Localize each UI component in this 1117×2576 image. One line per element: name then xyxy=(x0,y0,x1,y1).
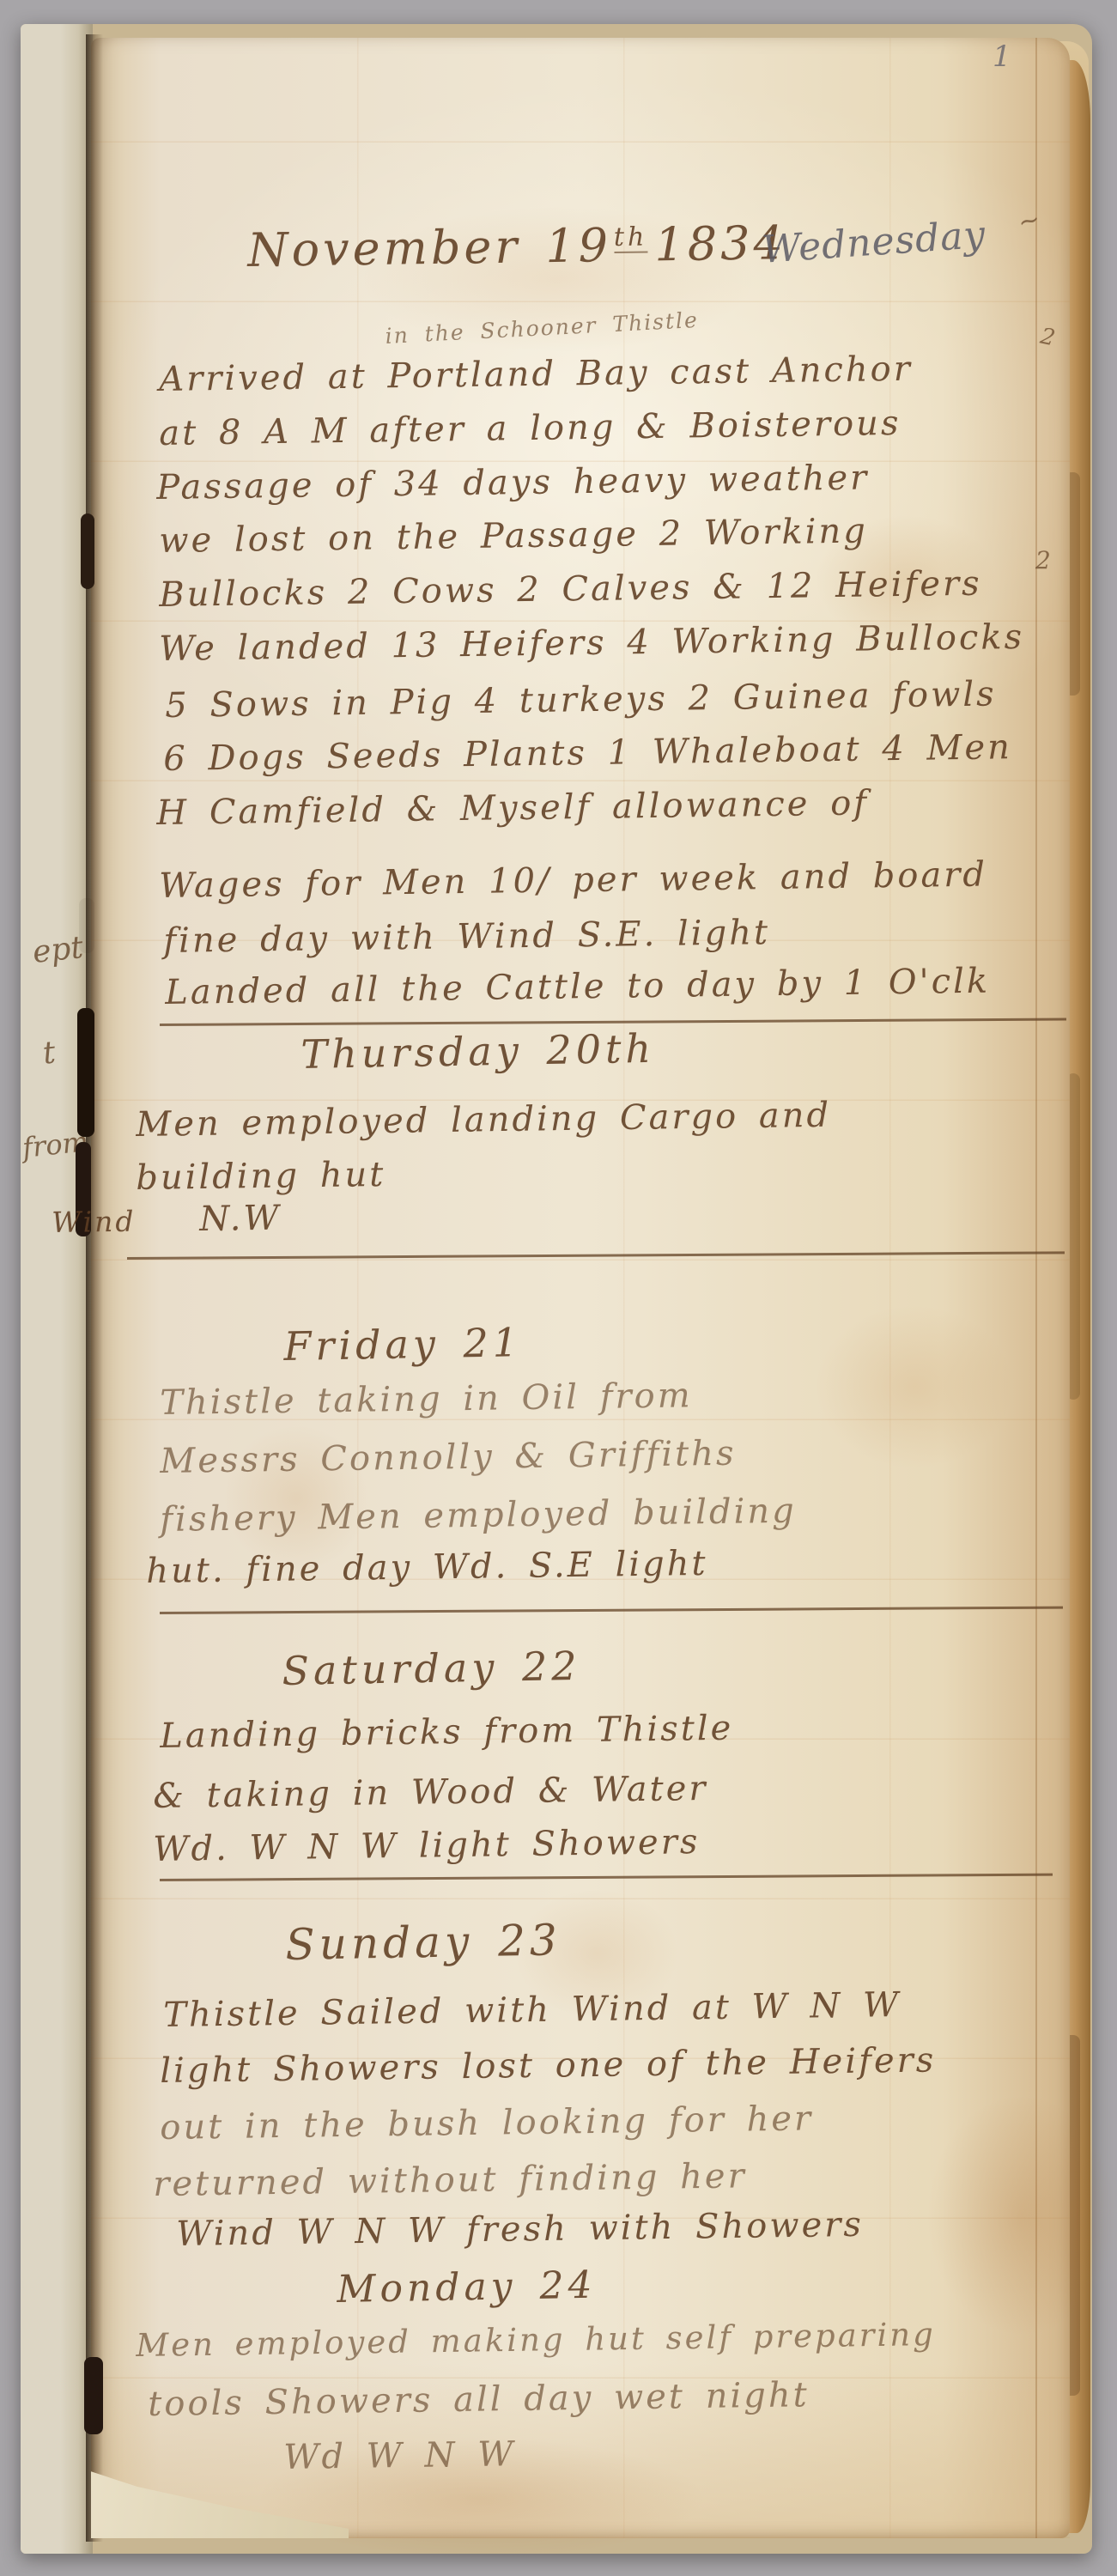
journal-line: returned without finding her xyxy=(153,2157,747,2203)
journal-line: We landed 13 Heifers 4 Working Bullocks xyxy=(159,618,1024,668)
journal-line: at 8 A M after a long & Boisterous xyxy=(159,404,901,453)
journal-line: & taking in Wood & Water xyxy=(153,1770,708,1815)
journal-line: Wind W N W fresh with Showers xyxy=(176,2206,864,2253)
journal-line: 6 Dogs Seeds Plants 1 Whaleboat 4 Men xyxy=(163,728,1012,778)
journal-line: Landed all the Cattle to day by 1 O'clk xyxy=(165,963,990,1012)
edge-ink-mark: 2 xyxy=(1038,324,1057,352)
journal-line: tools Showers all day wet night xyxy=(148,2376,810,2423)
entry-day-heading: Saturday 22 xyxy=(282,1644,581,1693)
journal-line: 5 Sows in Pig 4 turkeys 2 Guinea fowls xyxy=(165,675,997,725)
journal-line: Thistle taking in Oil from xyxy=(160,1376,693,1422)
journal-line: Messrs Connolly & Griffiths xyxy=(160,1435,737,1480)
journal-line: light Showers lost one of the Heifers xyxy=(160,2041,937,2090)
journal-line: Wd. W N W light Showers xyxy=(153,1823,701,1868)
journal-line: Arrived at Portland Bay cast Anchor xyxy=(159,350,913,398)
entry-date-heading: November 19 th 1834 xyxy=(247,217,786,276)
journal-line: Wd W N W xyxy=(283,2435,516,2476)
journal-line: Men employed making hut self preparing xyxy=(136,2318,936,2364)
entry-divider-rule xyxy=(160,1874,1053,1881)
pencil-day-note: Wednesday xyxy=(761,215,987,271)
journal-line: Men employed landing Cargo and xyxy=(136,1097,831,1144)
edge-ink-mark: ~ xyxy=(1015,204,1043,238)
journal-line: Passage of 34 days heavy weather xyxy=(156,459,869,507)
journal-line: fishery Men employed building xyxy=(160,1492,797,1539)
journal-line: Landing bricks from Thistle xyxy=(160,1710,734,1755)
entry-day-heading: Sunday 23 xyxy=(285,1917,562,1969)
photo-canvas: ept t from 3 1 2 2 ~ November 19 th 1834 xyxy=(0,0,1117,2576)
entry-divider-rule xyxy=(127,1251,1065,1260)
page-number: 1 xyxy=(993,39,1011,74)
entry-day-heading: Friday 21 xyxy=(283,1321,522,1368)
journal-line: fine day with Wind S.E. light xyxy=(163,914,770,960)
journal-line: building hut xyxy=(136,1156,386,1197)
entry-day-heading: Thursday 20th xyxy=(300,1027,655,1077)
date-main: November 19 xyxy=(247,220,611,276)
entry-divider-rule xyxy=(160,1607,1063,1614)
journal-line: Thistle Sailed with Wind at W N W xyxy=(163,1986,901,2034)
journal-line: Wages for Men 10/ per week and board xyxy=(159,856,987,905)
edge-ink-mark: 2 xyxy=(1035,546,1051,574)
entry-divider-rule xyxy=(160,1018,1066,1026)
entry-day-heading: Monday 24 xyxy=(337,2265,597,2312)
handwriting-layer: 1 2 2 ~ November 19 th 1834 Wednesday in… xyxy=(0,0,1117,2576)
date-ordinal: th xyxy=(614,222,648,253)
wind-margin-label: Wind xyxy=(52,1206,137,1239)
journal-line: Bullocks 2 Cows 2 Calves & 12 Heifers xyxy=(159,565,982,614)
journal-line: we lost on the Passage 2 Working xyxy=(159,512,868,560)
journal-line: H Camfield & Myself allowance of xyxy=(156,784,869,832)
wind-value: N.W xyxy=(199,1200,282,1238)
journal-line: hut. fine day Wd. S.E light xyxy=(146,1545,708,1590)
interline-note: in the Schooner Thistle xyxy=(385,308,699,349)
journal-line: out in the bush looking for her xyxy=(160,2099,813,2147)
